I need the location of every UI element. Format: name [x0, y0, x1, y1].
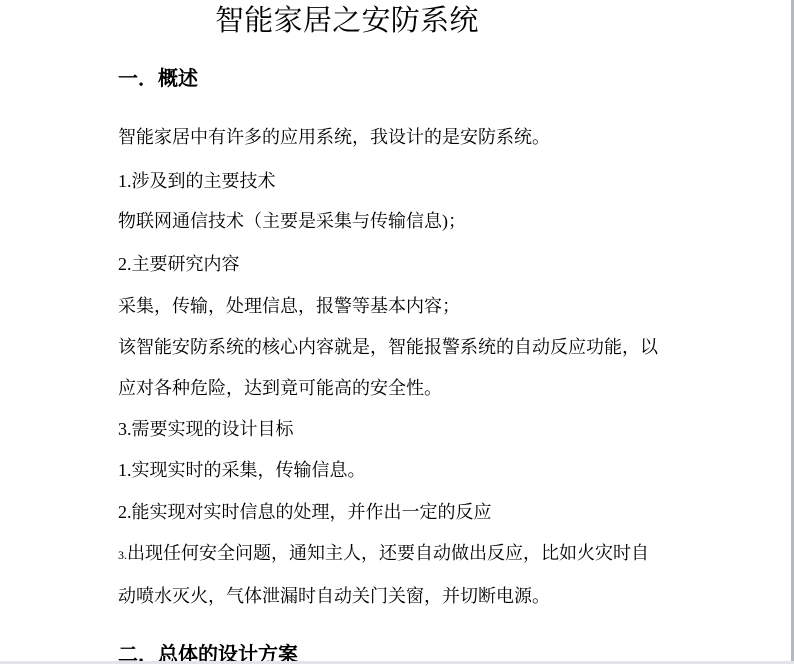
- goal-item-2: 2.能实现对实时信息的处理，并作出一定的反应: [118, 500, 492, 524]
- document-title: 智能家居之安防系统: [215, 2, 479, 40]
- section-heading-overall-design: 二．总体的设计方案: [118, 642, 298, 661]
- goal-item-3-line1: 3.出现任何安全问题，通知主人，还要自动做出反应，比如火灾时自: [118, 541, 649, 567]
- goal-item-3-number: 3.: [118, 548, 127, 562]
- paragraph-core-content-line1: 该智能安防系统的核心内容就是，智能报警系统的自动反应功能，以: [118, 335, 658, 359]
- document-page: 智能家居之安防系统 一．概述 智能家居中有许多的应用系统，我设计的是安防系统。 …: [0, 0, 791, 661]
- subheading-design-goals: 3.需要实现的设计目标: [118, 417, 294, 441]
- goal-item-1: 1.实现实时的采集，传输信息。: [118, 458, 366, 482]
- subheading-key-technology: 1.涉及到的主要技术: [118, 169, 276, 193]
- paragraph-intro: 智能家居中有许多的应用系统，我设计的是安防系统。: [118, 125, 550, 149]
- section-heading-overview: 一．概述: [118, 66, 198, 92]
- subheading-research-content: 2.主要研究内容: [118, 252, 240, 276]
- paragraph-basic-content: 采集，传输，处理信息，报警等基本内容；: [118, 294, 460, 318]
- paragraph-iot-technology: 物联网通信技术（主要是采集与传输信息)；: [118, 209, 466, 233]
- paragraph-core-content-line2: 应对各种危险，达到竟可能高的安全性。: [118, 376, 442, 400]
- goal-item-3-text: 出现任何安全问题，通知主人，还要自动做出反应，比如火灾时自: [127, 543, 649, 563]
- goal-item-3-line2: 动喷水灭火，气体泄漏时自动关门关窗，并切断电源。: [118, 584, 550, 608]
